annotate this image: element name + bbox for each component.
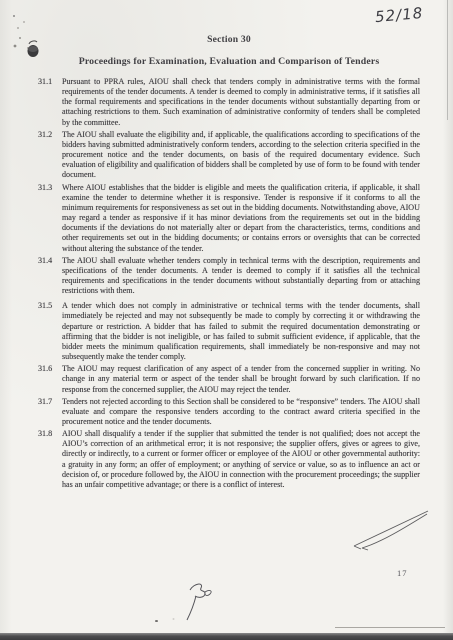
section-heading: Section 30 (38, 34, 420, 45)
handwritten-initial-mark (182, 582, 220, 622)
scan-bottom-edge (0, 633, 453, 640)
paragraph-number: 31.8 (38, 429, 62, 490)
paragraph-text: A tender which does not comply in admini… (62, 301, 420, 362)
signature-flourish-mark (348, 505, 433, 555)
paragraph-text: Pursuant to PPRA rules, AIOU shall check… (62, 77, 420, 128)
paragraph-31-3: 31.3 Where AIOU establishes that the bid… (38, 183, 420, 254)
page-title: Proceedings for Examination, Evaluation … (38, 56, 420, 67)
paragraph-number: 31.6 (38, 364, 62, 394)
handwritten-reference-number: 52/18 (374, 4, 424, 26)
paragraph-31-4: 31.4 The AIOU shall evaluate whether ten… (38, 256, 420, 297)
paragraph-number: 31.7 (38, 397, 62, 427)
paragraph-number: 31.1 (38, 77, 62, 128)
paragraph-31-1: 31.1 Pursuant to PPRA rules, AIOU shall … (38, 77, 420, 128)
paragraph-text: AIOU shall disqualify a tender if the su… (62, 429, 420, 490)
paragraph-number: 31.2 (38, 130, 62, 181)
paragraph-number: 31.5 (38, 301, 62, 362)
scanned-document-page: 52/18 Section 30 Proceedings for Examina… (0, 0, 453, 640)
page-number: 17 (397, 568, 408, 578)
paragraph-31-2: 31.2 The AIOU shall evaluate the eligibi… (38, 130, 420, 181)
scan-dots (155, 620, 158, 622)
paragraph-text: Tenders not rejected according to this S… (62, 397, 420, 427)
paragraph-31-5: 31.5 A tender which does not comply in a… (38, 301, 420, 362)
paragraph-text: Where AIOU establishes that the bidder i… (62, 183, 420, 254)
paragraph-31-8: 31.8 AIOU shall disqualify a tender if t… (38, 429, 420, 490)
scan-speckles (13, 15, 15, 17)
page-edge-line (447, 0, 448, 120)
document-body: Section 30 Proceedings for Examination, … (38, 34, 420, 492)
paragraph-text: The AIOU may request clarification of an… (62, 364, 420, 394)
paragraph-31-6: 31.6 The AIOU may request clarification … (38, 364, 420, 394)
paragraph-31-7: 31.7 Tenders not rejected according to t… (38, 397, 420, 427)
paragraph-text: The AIOU shall evaluate the eligibility … (62, 130, 420, 181)
paragraph-number: 31.4 (38, 256, 62, 297)
paragraph-number: 31.3 (38, 183, 62, 254)
faint-rule-line (335, 627, 445, 628)
paragraph-text: The AIOU shall evaluate whether tenders … (62, 256, 420, 297)
